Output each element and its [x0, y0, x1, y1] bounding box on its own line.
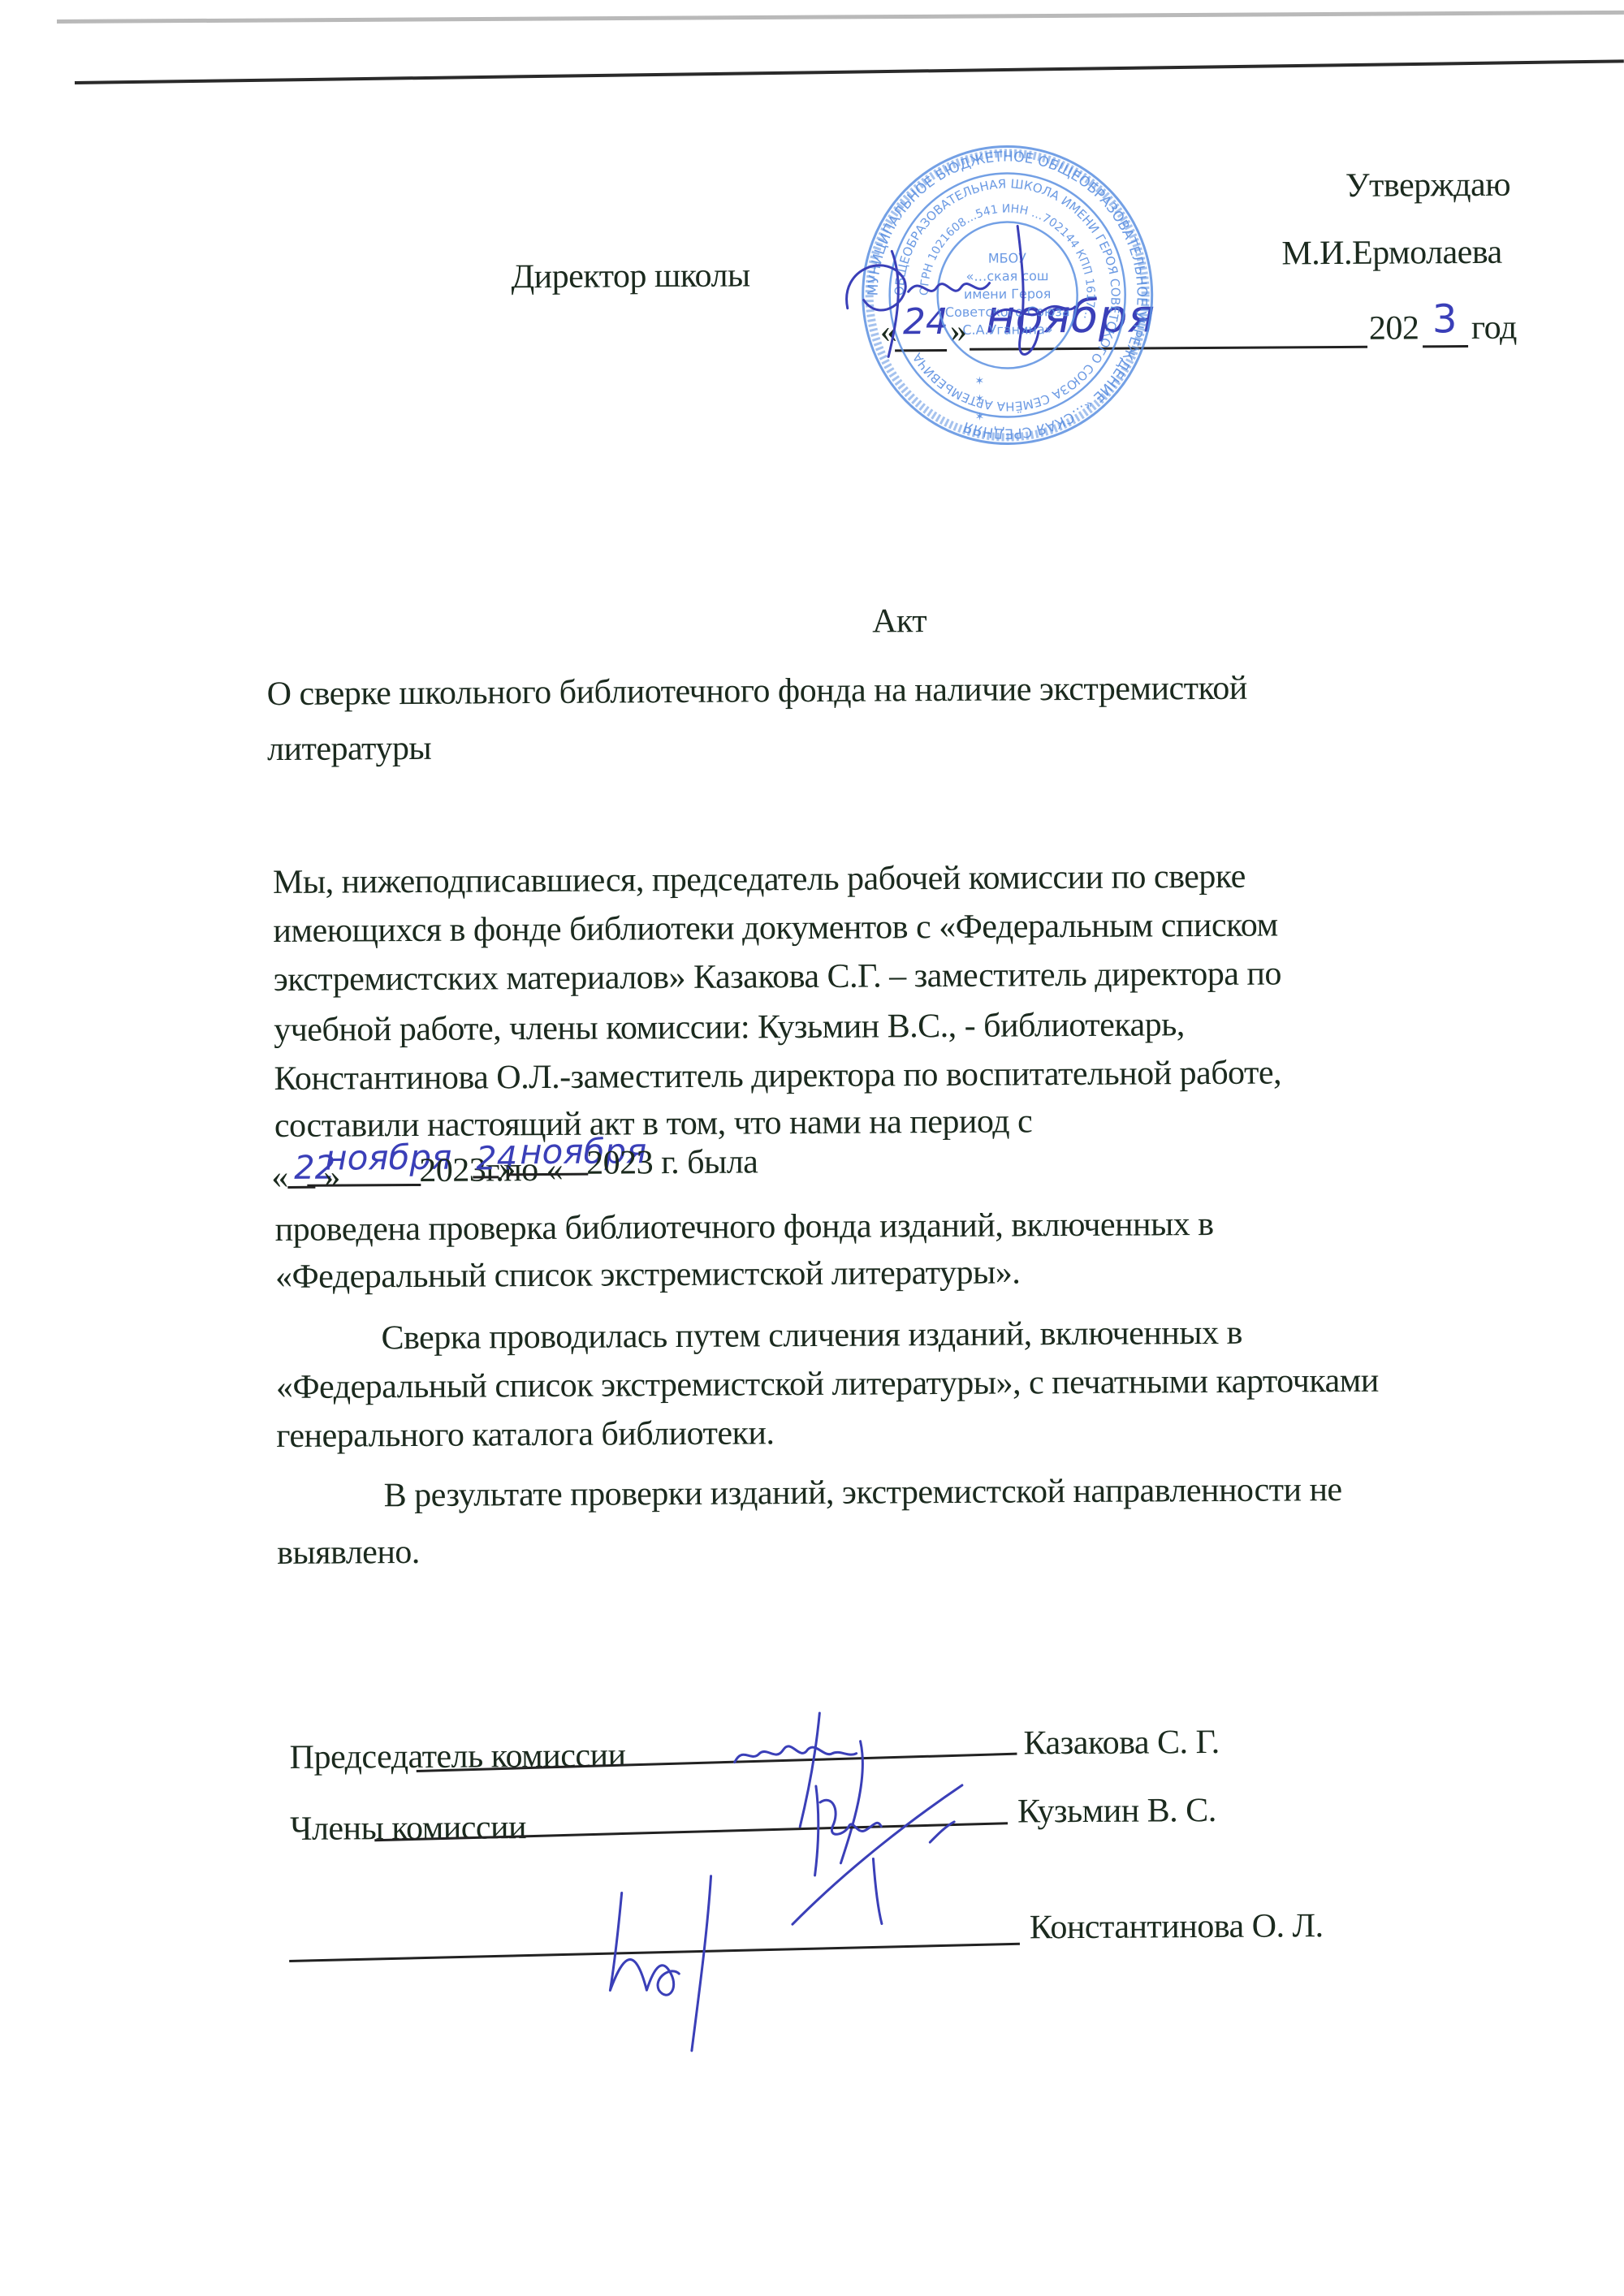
body-p2-line-1: Сверка проводилась путем сличения издани…: [381, 1316, 1242, 1355]
approval-year-underline: [1423, 345, 1468, 347]
body-p1-line-1: Мы, нижеподписавшиеся, председатель рабо…: [273, 860, 1246, 900]
body-p1-line-3: экстремистских материалов» Казакова С.Г.…: [274, 956, 1281, 997]
document-title: Акт: [872, 604, 926, 638]
body-p1-tail-line-1: проведена проверка библиотечного фонда и…: [275, 1207, 1214, 1247]
members-label: Члены комиссии: [290, 1810, 526, 1846]
approval-year-suffix: год: [1471, 311, 1517, 345]
member1-signature-icon: [784, 1769, 979, 1932]
approval-year-digit: 3: [1432, 296, 1458, 342]
body-p1-line-2: имеющихся в фонде библиотеки документов …: [273, 908, 1277, 948]
svg-text:✶: ✶: [975, 393, 985, 406]
body-p1-tail-line-2: «Федеральный список экстремистской литер…: [275, 1255, 1020, 1294]
body-p2-line-2: «Федеральный список экстремистской литер…: [276, 1364, 1379, 1405]
period-to-month-underline: [507, 1173, 588, 1176]
member1-name: Кузьмин В. С.: [1017, 1793, 1216, 1828]
body-p1-line-4: учебной работе, члены комиссии: Кузьмин …: [274, 1008, 1185, 1047]
director-name: М.И.Ермолаева: [1281, 235, 1502, 271]
approve-label: Утверждаю: [1345, 168, 1510, 203]
document-page: Утверждаю Директор школы М.И.Ермолаева «…: [0, 0, 1624, 2296]
chair-name: Казакова С. Г.: [1023, 1725, 1219, 1760]
period-end-text: 2023 г. была: [586, 1145, 758, 1180]
svg-text:✶: ✶: [975, 411, 985, 424]
member2-signature-icon: [590, 1867, 785, 2055]
period-to-day-underline: [473, 1176, 499, 1178]
document-subject-line-1: О сверке школьного библиотечного фонда н…: [267, 671, 1247, 711]
body-p3-line-1: В результате проверки изданий, экстремис…: [384, 1473, 1342, 1513]
period-open-quote-1: «: [271, 1160, 288, 1194]
member2-name: Константинова О. Л.: [1030, 1909, 1324, 1944]
document-subject-line-2: литературы: [267, 732, 431, 766]
director-signature-icon: [831, 201, 1083, 382]
period-from-month-underline: [307, 1184, 421, 1187]
period-close-quote-2: »: [499, 1151, 516, 1185]
approval-year-prefix: 202: [1369, 311, 1419, 345]
body-p2-line-3: генерального каталога библиотеки.: [276, 1416, 774, 1453]
body-p1-line-5: Константинова О.Л.-заместитель директора…: [274, 1055, 1281, 1096]
director-label: Директор школы: [511, 258, 749, 294]
body-p3-line-2: выявлено.: [277, 1535, 420, 1570]
